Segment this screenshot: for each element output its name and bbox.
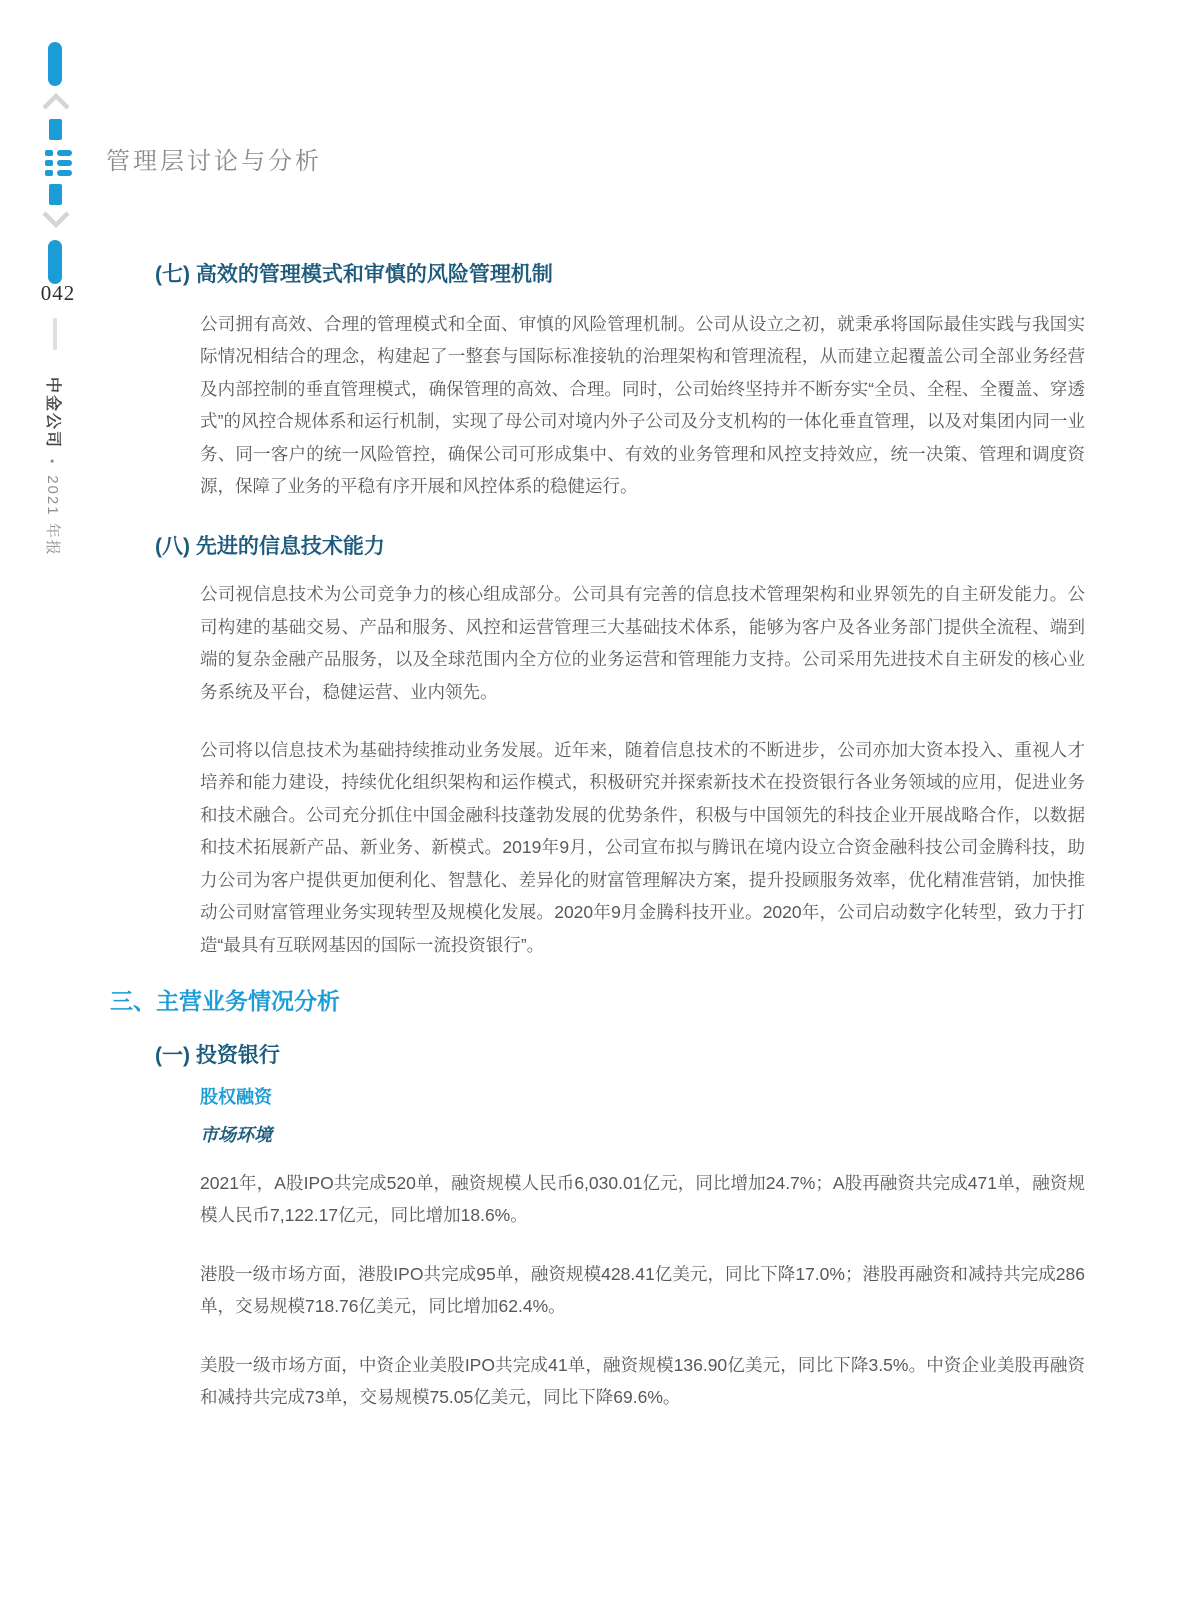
list-icon-row: [45, 160, 73, 166]
list-icon-row: [45, 170, 73, 176]
list-icon-dot: [45, 150, 53, 156]
market-env-paragraph-us-share: 美股一级市场方面，中资企业美股IPO共完成41单，融资规模136.90亿美元，同…: [200, 1349, 1085, 1414]
subsection-heading-investment-banking: (一) 投资银行: [155, 1041, 1085, 1071]
section-8-paragraph-2: 公司将以信息技术为基础持续推动业务发展。近年来，随着信息技术的不断进步，公司亦加…: [200, 734, 1085, 961]
accent-bar-top: [48, 42, 62, 86]
accent-bar-bottom: [48, 240, 62, 284]
list-icon-dot: [45, 170, 53, 176]
list-icon-dot: [45, 160, 53, 166]
chevron-down-icon: [42, 211, 70, 229]
spine-brand: 中金公司: [44, 377, 61, 449]
page-number: 042: [38, 281, 78, 306]
list-icon: [45, 150, 73, 180]
section-8-paragraph-1: 公司视信息技术为公司竞争力的核心组成部分。公司具有完善的信息技术管理架构和业界领…: [200, 578, 1085, 708]
list-icon-bar: [57, 170, 72, 176]
section-7-paragraph: 公司拥有高效、合理的管理模式和全面、审慎的风险管理机制。公司从设立之初，就秉承将…: [200, 308, 1085, 502]
spine-separator: •: [45, 459, 59, 465]
spine-edition: 2021 年报: [44, 475, 61, 557]
section-heading-7: (七) 高效的管理模式和审慎的风险管理机制: [155, 260, 1085, 290]
page-number-tick: [53, 318, 57, 350]
chevron-up-icon: [42, 92, 70, 110]
spine-text: 中金公司•2021 年报: [43, 377, 66, 557]
list-icon-bar: [57, 150, 72, 156]
section-heading-8: (八) 先进的信息技术能力: [155, 532, 1085, 562]
list-icon-row: [45, 150, 73, 156]
market-env-paragraph-a-share: 2021年，A股IPO共完成520单，融资规模人民币6,030.01亿元，同比增…: [200, 1167, 1085, 1232]
main-content: (七) 高效的管理模式和审慎的风险管理机制 公司拥有高效、合理的管理模式和全面、…: [110, 260, 1085, 1413]
accent-square-bottom: [49, 184, 62, 205]
chapter-heading-main-business: 三、主营业务情况分析: [110, 985, 1085, 1017]
topic-heading-market-environment: 市场环境: [200, 1123, 1085, 1147]
accent-square-top: [49, 119, 62, 140]
list-icon-bar: [57, 160, 72, 166]
doc-header-title: 管理层讨论与分析: [106, 141, 322, 176]
market-env-paragraph-hk-share: 港股一级市场方面，港股IPO共完成95单，融资规模428.41亿美元，同比下降1…: [200, 1258, 1085, 1323]
topic-heading-equity-financing: 股权融资: [200, 1085, 1085, 1109]
